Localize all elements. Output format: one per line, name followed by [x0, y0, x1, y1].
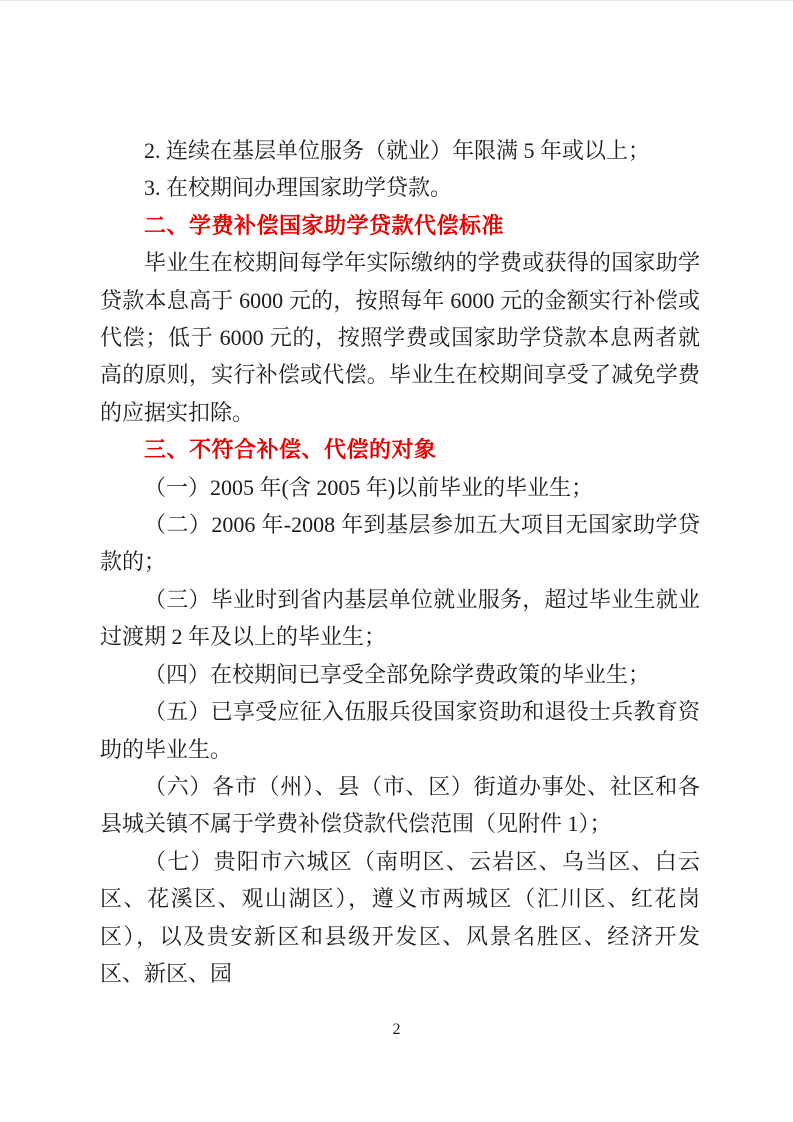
item-san: （三）毕业时到省内基层单位就业服务，超过毕业生就业过渡期 2 年及以上的毕业生； — [100, 581, 700, 656]
item-qi: （七）贵阳市六城区（南明区、云岩区、乌当区、白云区、花溪区、观山湖区），遵义市两… — [100, 843, 700, 993]
body-paragraph: 毕业生在校期间每学年实际缴纳的学费或获得的国家助学贷款本息高于 6000 元的，… — [100, 244, 700, 431]
document-page: 2. 连续在基层单位服务（就业）年限满 5 年或以上； 3. 在校期间办理国家助… — [0, 0, 793, 1122]
section-heading-3: 三、不符合补偿、代偿的对象 — [100, 431, 700, 468]
item-liu: （六）各市（州）、县（市、区）街道办事处、社区和各县城关镇不属于学费补偿贷款代偿… — [100, 768, 700, 843]
item-yi: （一）2005 年(含 2005 年)以前毕业的毕业生； — [100, 469, 700, 506]
list-item-2: 2. 连续在基层单位服务（就业）年限满 5 年或以上； — [100, 132, 700, 169]
page-number: 2 — [393, 1021, 401, 1038]
item-wu: （五）已享受应征入伍服兵役国家资助和退役士兵教育资助的毕业生。 — [100, 693, 700, 768]
list-item-3: 3. 在校期间办理国家助学贷款。 — [100, 169, 700, 206]
section-heading-2: 二、学费补偿国家助学贷款代偿标准 — [100, 207, 700, 244]
item-si: （四）在校期间已享受全部免除学费政策的毕业生； — [100, 656, 700, 693]
page-footer: 2 — [0, 1021, 793, 1039]
document-body: 2. 连续在基层单位服务（就业）年限满 5 年或以上； 3. 在校期间办理国家助… — [100, 132, 700, 992]
item-er: （二）2006 年-2008 年到基层参加五大项目无国家助学贷款的； — [100, 506, 700, 581]
